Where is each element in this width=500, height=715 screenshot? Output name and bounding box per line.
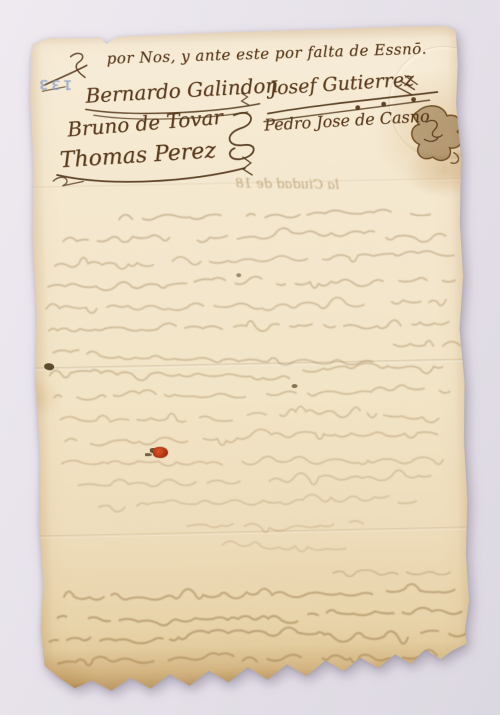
bleedthrough-line [332, 568, 450, 577]
bleedthrough-line [61, 453, 443, 472]
torn-edge-discoloration [39, 640, 474, 695]
bleedthrough-line [119, 208, 431, 222]
photo-background: por Nos, y ante este por falta de Essnō.… [0, 0, 500, 715]
ink-fleck [236, 273, 241, 277]
embossed-seal [388, 46, 498, 160]
bleedthrough-line [222, 539, 347, 553]
bleedthrough-line [49, 362, 449, 385]
signature-thomas-perez: Thomas Perez [59, 138, 217, 173]
bleedthrough-line [63, 225, 447, 250]
bleedthrough-line [54, 250, 454, 271]
signature-pedro-jose-de-casno: Pedro Jose de Casno [264, 106, 430, 134]
bleedthrough-line [64, 583, 456, 602]
bleedthrough-line [49, 624, 470, 651]
bleedthrough-line [48, 317, 449, 336]
ink-fleck [292, 384, 298, 388]
manuscript-page: por Nos, y ante este por falta de Essnō.… [26, 25, 474, 696]
signature-bruno-de-tovar: Bruno de Tovar [66, 105, 223, 142]
fold-crease-lower [37, 526, 471, 538]
signature-bernardo-galindon: Bernardo Galindon [85, 73, 279, 108]
ink-speck-left-edge [43, 362, 55, 372]
bleedthrough-line [57, 607, 462, 628]
attestation-line: por Nos, y ante este por falta de Essnō. [106, 40, 427, 68]
bleedthrough-line [186, 520, 374, 534]
signature-josef-gutierrez: Josef Gutierrez [269, 68, 415, 99]
bleedthrough-line [53, 340, 461, 371]
archive-number-stamp: 133 [36, 76, 72, 92]
bleedthrough-line [54, 384, 451, 402]
bleedthrough-line [47, 272, 455, 293]
manuscript-paper-wrap: por Nos, y ante este por falta de Essnō.… [26, 25, 474, 696]
bleedthrough-line [98, 492, 417, 512]
fold-crease-upper [33, 358, 467, 370]
bleedthrough-line [77, 469, 431, 489]
red-wax-fragment [153, 447, 168, 458]
bleedthrough-line [64, 426, 438, 449]
bleedthrough-line [60, 403, 439, 430]
tovar-paraph-flourish [229, 113, 254, 160]
bleedthrough-date-line: la Ciudad de 18 [235, 176, 339, 192]
bleedthrough-line [46, 295, 459, 315]
bleedthrough-line [57, 648, 437, 669]
